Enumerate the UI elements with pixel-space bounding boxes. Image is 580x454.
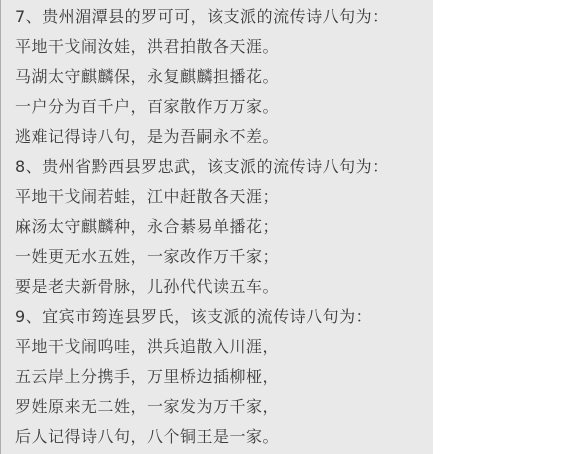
document-body: 7、贵州湄潭县的罗可可，该支派的流传诗八句为： 平地干戈闹汝娃，洪君拍散各天涯。… <box>0 0 433 454</box>
section-9: 9、宜宾市筠连县罗氏，该支派的流传诗八句为： 平地干戈闹呜哇，洪兵追散入川涯， … <box>15 302 433 452</box>
poem-line: 平地干戈闹若蛙，江中赶散各天涯； <box>15 182 433 212</box>
page: 7、贵州湄潭县的罗可可，该支派的流传诗八句为： 平地干戈闹汝娃，洪君拍散各天涯。… <box>0 0 580 454</box>
section-8: 8、贵州省黔西县罗忠武，该支派的流传诗八句为： 平地干戈闹若蛙，江中赶散各天涯；… <box>15 152 433 302</box>
poem-line: 一户分为百千户，百家散作万万家。 <box>15 92 433 122</box>
section-heading: 8、贵州省黔西县罗忠武，该支派的流传诗八句为： <box>15 152 433 182</box>
poem-line: 麻汤太守麒麟种，永合綦易单播花； <box>15 212 433 242</box>
poem-line: 要是老夫新骨脉，儿孙代代读五车。 <box>15 272 433 302</box>
poem-line: 一姓更无水五姓，一家改作万千家； <box>15 242 433 272</box>
poem-line: 平地干戈闹呜哇，洪兵追散入川涯， <box>15 332 433 362</box>
poem-line: 逃难记得诗八句，是为吾嗣永不差。 <box>15 122 433 152</box>
poem-line: 马湖太守麒麟保，永复麒麟担播花。 <box>15 62 433 92</box>
section-heading: 9、宜宾市筠连县罗氏，该支派的流传诗八句为： <box>15 302 433 332</box>
poem-line: 后人记得诗八句，八个铜王是一家。 <box>15 422 433 452</box>
poem-line: 五云岸上分携手，万里桥边插柳桠， <box>15 362 433 392</box>
poem-line: 罗姓原来无二姓，一家发为万千家， <box>15 392 433 422</box>
section-7: 7、贵州湄潭县的罗可可，该支派的流传诗八句为： 平地干戈闹汝娃，洪君拍散各天涯。… <box>15 2 433 152</box>
section-heading: 7、贵州湄潭县的罗可可，该支派的流传诗八句为： <box>15 2 433 32</box>
poem-line: 平地干戈闹汝娃，洪君拍散各天涯。 <box>15 32 433 62</box>
